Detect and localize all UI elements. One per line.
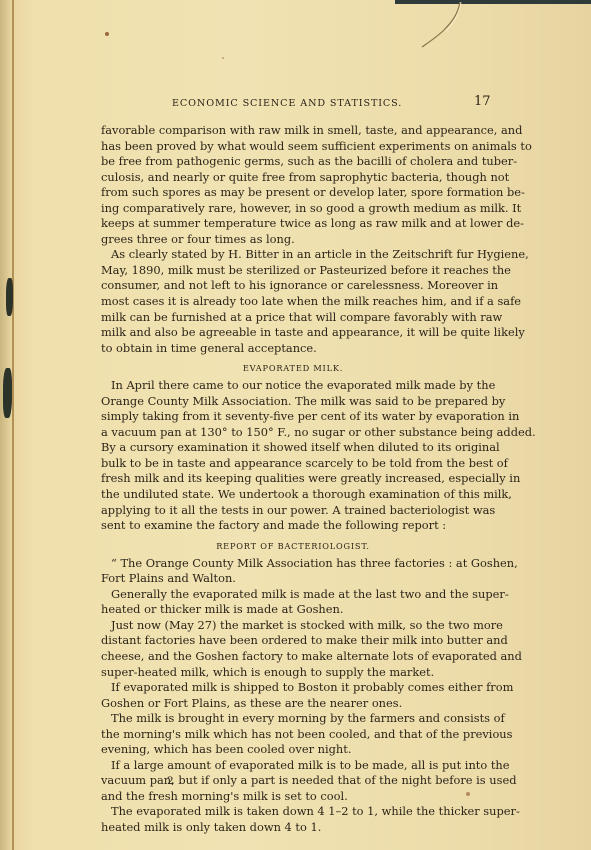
text-line: the morning's milk which has not been co… bbox=[101, 727, 485, 743]
text-line: By a cursory examination it showed itsel… bbox=[101, 440, 485, 456]
text-line: and the fresh morning's milk is set to c… bbox=[101, 789, 485, 805]
section-heading: REPORT OF BACTERIOLOGIST. bbox=[101, 534, 485, 556]
paragraph: If a large amount of evaporated milk is … bbox=[101, 758, 485, 805]
text-line: “ The Orange County Milk Association has… bbox=[101, 556, 485, 572]
text-line: milk can be furnished at a price that wi… bbox=[101, 310, 485, 326]
text-line: be free from pathogenic germs, such as t… bbox=[101, 154, 485, 170]
text-line: Just now (May 27) the market is stocked … bbox=[101, 618, 485, 634]
text-line: In April there came to our notice the ev… bbox=[101, 378, 485, 394]
text-line: bulk to be in taste and appearance scarc… bbox=[101, 456, 485, 472]
text-line: consumer, and not left to his ignorance … bbox=[101, 278, 485, 294]
text-line: the undiluted state. We undertook a thor… bbox=[101, 487, 485, 503]
page-body: favorable comparison with raw milk in sm… bbox=[101, 123, 485, 836]
text-line: cheese, and the Goshen factory to make a… bbox=[101, 649, 485, 665]
page-number: 17 bbox=[474, 94, 491, 109]
text-line: from such spores as may be present or de… bbox=[101, 185, 485, 201]
text-line: If evaporated milk is shipped to Boston … bbox=[101, 680, 485, 696]
text-line: sent to examine the factory and made the… bbox=[101, 518, 485, 534]
text-line: distant factories have been ordered to m… bbox=[101, 633, 485, 649]
text-line: heated milk is only taken down 4 to 1. bbox=[101, 820, 485, 836]
text-line: Orange County Milk Association. The milk… bbox=[101, 394, 485, 410]
paragraph: The milk is brought in every morning by … bbox=[101, 711, 485, 758]
paragraph: In April there came to our notice the ev… bbox=[101, 378, 485, 533]
text-line: super-heated milk, which is enough to su… bbox=[101, 665, 485, 681]
scanned-page: ECONOMIC SCIENCE AND STATISTICS. 17 favo… bbox=[0, 0, 591, 850]
paper-spot bbox=[105, 32, 109, 36]
text-line: ing comparatively rare, however, in so g… bbox=[101, 201, 485, 217]
text-line: If a large amount of evaporated milk is … bbox=[101, 758, 485, 774]
paragraph: Just now (May 27) the market is stocked … bbox=[101, 618, 485, 680]
text-line: favorable comparison with raw milk in sm… bbox=[101, 123, 485, 139]
background-band bbox=[395, 0, 591, 4]
text-line: The evaporated milk is taken down 4 1–2 … bbox=[101, 804, 485, 820]
text-line: evening, which has been cooled over nigh… bbox=[101, 742, 485, 758]
text-line: milk and also be agreeable in taste and … bbox=[101, 325, 485, 341]
paragraph: “ The Orange County Milk Association has… bbox=[101, 556, 485, 587]
page-edge bbox=[12, 0, 14, 850]
text-line: May, 1890, milk must be sterilized or Pa… bbox=[101, 263, 485, 279]
paragraph: favorable comparison with raw milk in sm… bbox=[101, 123, 485, 247]
text-line: Generally the evaporated milk is made at… bbox=[101, 587, 485, 603]
text-line: simply taking from it seventy-five per c… bbox=[101, 409, 485, 425]
paragraph: Generally the evaporated milk is made at… bbox=[101, 587, 485, 618]
paper-spot bbox=[222, 57, 224, 59]
text-line: Goshen or Fort Plains, as these are the … bbox=[101, 696, 485, 712]
text-line: a vacuum pan at 130° to 150° F., no suga… bbox=[101, 425, 485, 441]
paragraph: The evaporated milk is taken down 4 1–2 … bbox=[101, 804, 485, 835]
text-line: The milk is brought in every morning by … bbox=[101, 711, 485, 727]
text-line: fresh milk and its keeping qualities wer… bbox=[101, 471, 485, 487]
binding-tab bbox=[3, 368, 12, 418]
text-line: keeps at summer temperature twice as lon… bbox=[101, 216, 485, 232]
paragraph: As clearly stated by H. Bitter in an art… bbox=[101, 247, 485, 356]
running-header: ECONOMIC SCIENCE AND STATISTICS. bbox=[172, 98, 492, 109]
section-heading: EVAPORATED MILK. bbox=[101, 356, 485, 378]
text-line: has been proved by what would seem suffi… bbox=[101, 139, 485, 155]
binding-tab bbox=[6, 278, 13, 316]
binding-shadow bbox=[0, 0, 12, 850]
text-line: culosis, and nearly or quite free from s… bbox=[101, 170, 485, 186]
text-line: As clearly stated by H. Bitter in an art… bbox=[101, 247, 485, 263]
text-line: grees three or four times as long. bbox=[101, 232, 485, 248]
paragraph: If evaporated milk is shipped to Boston … bbox=[101, 680, 485, 711]
text-line: applying to it all the tests in our powe… bbox=[101, 503, 485, 519]
text-line: heated or thicker milk is made at Goshen… bbox=[101, 602, 485, 618]
text-line: vacuum pan, but if only a part is needed… bbox=[101, 773, 485, 789]
text-line: to obtain in time general acceptance. bbox=[101, 341, 485, 357]
text-line: Fort Plains and Walton. bbox=[101, 571, 485, 587]
text-line: most cases it is already too late when t… bbox=[101, 294, 485, 310]
signature-mark: 2 bbox=[167, 775, 174, 787]
